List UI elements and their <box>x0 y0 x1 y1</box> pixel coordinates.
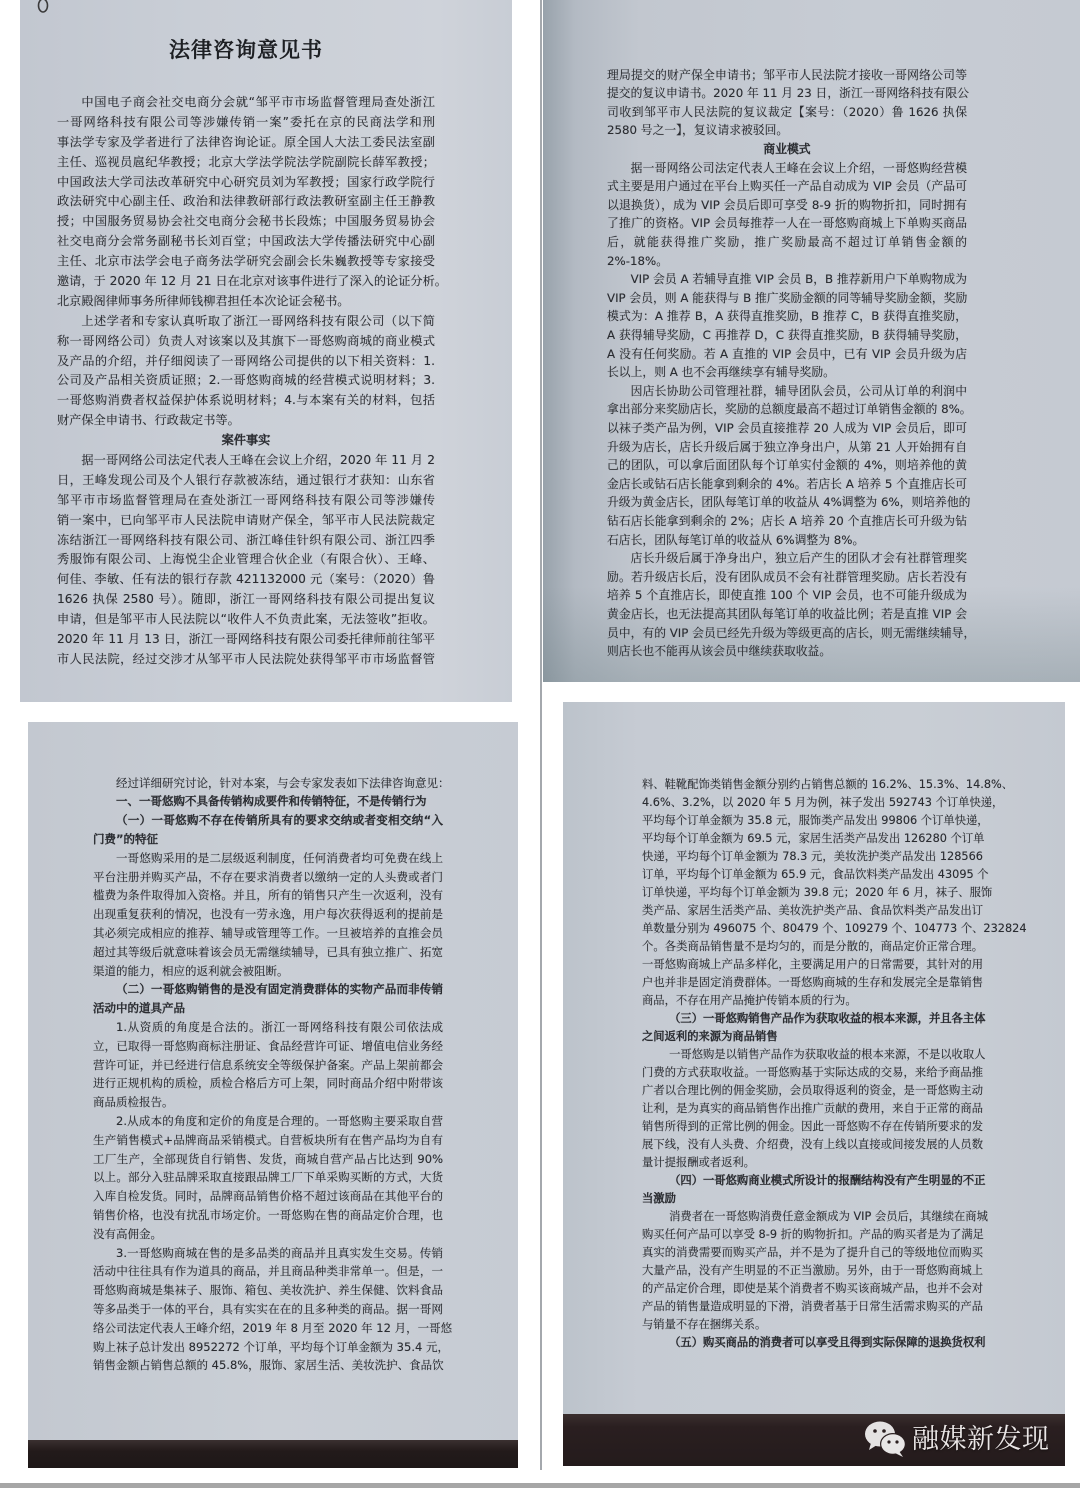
text-line: 黄金店长，也无法提高其团队每笔订单的收益比例；若是直推 VIP 会 <box>607 605 967 624</box>
text-line: 一、一哥悠购不具备传销构成要件和传销特征，不是传销行为 <box>93 792 443 811</box>
text-line: 秀服饰有限公司、上海悦尘企业管理合伙企业（有限合伙）、王峰、 <box>57 550 435 570</box>
document-page-2: 理局提交的财产保全申请书；邹平市人民法院才接收一哥网络公司等提交的复议申请书。2… <box>543 0 1080 682</box>
text-line: 产品的销售量造成明显的下滑，消费者基于日常生活需求购买的产品 <box>642 1298 983 1316</box>
text-line: 2020 年 11 月 13 日，浙江一哥网络科技有限公司委托律师前往邹平 <box>57 630 435 650</box>
text-line: 没有高佣金。 <box>93 1225 443 1244</box>
text-line: 快递，平均每个订单金额为 78.3 元，美妆洗护类产品发出 128566 <box>642 848 983 866</box>
text-line: 公司及产品相关资质证照；2.一哥悠购商城的经营模式说明材料；3. <box>57 371 435 391</box>
text-line: （二）一哥悠购销售的是没有固定消费群体的实物产品而非传销 <box>93 980 443 999</box>
text-line: A 没有任何奖励。若 A 直推的 VIP 会员中，已有 VIP 会员升级为店 <box>607 345 967 364</box>
text-line: 超过其等级后就意味着该会员无需继续辅导，已具有独立推广、拓宽 <box>93 943 443 962</box>
text-line: 大量产品，没有产生明显的不正当激励。另外，由于一哥悠购商城上 <box>642 1262 983 1280</box>
text-line: 中国政法大学司法改革研究中心研究员刘为军教授；国家行政学院行 <box>57 173 435 193</box>
text-line: 称一哥网络公司）负责人对该案以及其旗下一哥悠购商城的商业模式 <box>57 332 435 352</box>
text-line: 主任、巡视员扈纪华教授；北京大学法学院法学院副院长薛军教授； <box>57 153 435 173</box>
table-surface <box>28 1440 518 1468</box>
text-line: 料、鞋靴配饰类销售金额分别约占销售总额的 16.2%、15.3%、14.8%、 <box>642 776 983 794</box>
text-line: 励。若升级店长后，没有团队成员不会有社群管理奖励。店长若没有 <box>607 568 967 587</box>
text-line: 以上。部分入驻品牌采取直接跟品牌工厂下单采购买断的方式，大货 <box>93 1168 443 1187</box>
document-page-1: 法律咨询意见书 中国电子商会社交电商分会就“邹平市市场监督管理局查处浙江一哥网络… <box>20 0 512 702</box>
bottom-edge <box>0 1483 1080 1488</box>
watermark-text: 融媒新发现 <box>912 1423 1050 1457</box>
text-line: 邹平市市场监督管理局在查处浙江一哥网络科技有限公司等涉嫌传 <box>57 491 435 511</box>
text-line: 一哥悠购采用的是二层级返利制度，任何消费者均可免费在线上 <box>93 849 443 868</box>
text-line: 日，王峰发现公司及个人银行存款被冻结，通过银行才获知：山东省 <box>57 471 435 491</box>
text-line: 2580 号之一】，复议请求被驳回。 <box>607 121 967 140</box>
text-line: 社交电商分会常务副秘书长刘百堂；中国政法大学传播法研究中心副 <box>57 232 435 252</box>
text-line: 平台注册并购买产品，不存在要求消费者以缴纳一定的人头费或者门 <box>93 868 443 887</box>
text-line: 经过详细研究讨论，针对本案，与会专家发表如下法律咨询意见： <box>93 774 443 793</box>
text-line: 购买任何产品可以享受 8-9 折的购物折扣。产品的购买者是为了满足 <box>642 1226 983 1244</box>
binder-ring-icon <box>36 0 50 14</box>
text-line: 让利，是为真实的商品销售作出推广贡献的费用，来自于正常的商品 <box>642 1100 983 1118</box>
text-line: 商业模式 <box>607 140 967 159</box>
text-line: 据一哥网络公司法定代表人王峰在会议上介绍，一哥悠购经营模 <box>607 159 967 178</box>
text-line: 门费”的特征 <box>93 830 443 849</box>
text-line: 拿出部分来奖励店长，奖励的总额度最高不超过订单销售金额的 8%。 <box>607 400 967 419</box>
text-line: （四）一哥悠购商业模式所设计的报酬结构没有产生明显的不正 <box>642 1172 983 1190</box>
text-line: 财产保全申请书、行政裁定书等。 <box>57 411 435 431</box>
text-line: 理局提交的财产保全申请书；邹平市人民法院才接收一哥网络公司等 <box>607 66 967 85</box>
text-line: 1.从资质的角度是合法的。浙江一哥网络科技有限公司依法成 <box>93 1018 443 1037</box>
text-line: 据一哥网络公司法定代表人王峰在会议上介绍，2020 年 11 月 2 <box>57 451 435 471</box>
text-line: 门费的方式获取收益。一哥悠购基于实际达成的交易，来给予商品推 <box>642 1064 983 1082</box>
text-line: 活动中的道具产品 <box>93 999 443 1018</box>
text-line: 店长升级后属于净身出户，独立后产生的团队才会有社群管理奖 <box>607 549 967 568</box>
text-line: 中国电子商会社交电商分会就“邹平市市场监督管理局查处浙江 <box>57 93 435 113</box>
text-line: 2%-18%。 <box>607 252 967 271</box>
text-line: 政法研究中心副主任、政治和法律教研部行政法教研室副主任王静教 <box>57 192 435 212</box>
text-line: 络公司法定代表人王峰介绍，2019 年 8 月至 2020 年 12 月，一哥悠 <box>93 1319 443 1338</box>
text-line: 活动中往往具有作为道具的商品，并且商品种类非常单一。但是，一 <box>93 1262 443 1281</box>
text-line: 模式为：A 推荐 B，A 获得直推奖励，B 推荐 C，B 获得直推奖励， <box>607 307 967 326</box>
page-2-text: 理局提交的财产保全申请书；邹平市人民法院才接收一哥网络公司等提交的复议申请书。2… <box>607 66 967 661</box>
text-line: 己的团队，可以拿后面团队每个订单实付金额的 4%，则培养他的黄 <box>607 456 967 475</box>
text-line: 因店长协助公司管理社群，辅导团队会员，公司从订单的利润中 <box>607 382 967 401</box>
text-line: 式主要是用户通过在平台上购买任一产品自动成为 VIP 会员（产品可 <box>607 177 967 196</box>
text-line: 石店长，团队每笔订单的收益从 6%调整为 8%。 <box>607 531 967 550</box>
text-line: 长以上，则 A 也不会再继续享有辅导奖励。 <box>607 363 967 382</box>
text-line: 之间返利的来源为商品销售 <box>642 1028 983 1046</box>
text-line: 3.一哥悠购商城在售的是多品类的商品并且真实发生交易。传销 <box>93 1244 443 1263</box>
text-line: 当激励 <box>642 1190 983 1208</box>
text-line: 案件事实 <box>57 431 435 451</box>
text-line: 市人民法院，经过交涉才从邹平市人民法院处获得邹平市市场监督管 <box>57 650 435 670</box>
text-line: 个。各类商品销售量不是均匀的，而是分散的，商品定价正常合理。 <box>642 938 983 956</box>
text-line: 4.6%、3.2%，以 2020 年 5 月为例，袜子发出 592743 个订单… <box>642 794 983 812</box>
text-line: 授；中国服务贸易协会社交电商分会秘书长段炼；中国服务贸易协会 <box>57 212 435 232</box>
text-line: 槛费为条件取得加入资格。并且，所有的销售只产生一次返利，没有 <box>93 886 443 905</box>
text-line: 钻石店长能拿到剩余的 2%；店长 A 培养 20 个直推店长可升级为钻 <box>607 512 967 531</box>
text-line: 展下线，没有人头费、介绍费，没有上线以直接或间接发展的人员数 <box>642 1136 983 1154</box>
text-line: 提交的复议申请书。2020 年 11 月 23 日，浙江一哥网络科技有限公 <box>607 84 967 103</box>
text-line: 及产品的介绍，并仔细阅读了一哥网络公司提供的以下相关资料：1. <box>57 352 435 372</box>
text-line: 其必须完成相应的推荐、辅导或管理等工作。一旦被培养的直推会员 <box>93 924 443 943</box>
photo-divider <box>540 0 542 1470</box>
document-title: 法律咨询意见书 <box>57 36 435 64</box>
text-line: 了推广的资格。VIP 会员每推荐一人在一哥悠购商城上下单购买商品 <box>607 214 967 233</box>
text-line: 商品，不存在用产品掩护传销本质的行为。 <box>642 992 983 1010</box>
document-page-3: 经过详细研究讨论，针对本案，与会专家发表如下法律咨询意见：一、一哥悠购不具备传销… <box>28 722 518 1468</box>
text-line: 单数量分别为 496075 个、80479 个、109279 个、104773 … <box>642 920 983 938</box>
text-line: 事法学专家及学者进行了法律咨询论证。原全国人大法工委民法室副 <box>57 133 435 153</box>
text-line: 以袜子类产品为例，VIP 会员直接推荐 20 人成为 VIP 会员后，即可 <box>607 419 967 438</box>
text-line: 订单，平均每个订单金额为 65.9 元，食品饮料类产品发出 43095 个 <box>642 866 983 884</box>
text-line: VIP 会员，则 A 能获得与 B 推广奖励金额的同等辅导奖励金额，奖励 <box>607 289 967 308</box>
page-4-text: 料、鞋靴配饰类销售金额分别约占销售总额的 16.2%、15.3%、14.8%、4… <box>642 776 983 1352</box>
text-line: 一哥悠购是以销售产品作为获取收益的根本来源，不是以收取人 <box>642 1046 983 1064</box>
text-line: 司收到邹平市人民法院的复议裁定【案号：（2020）鲁 1626 执保 <box>607 103 967 122</box>
text-line: 销售价格，也没有扰乱市场定价。一哥悠购在售的商品定价合理，也 <box>93 1206 443 1225</box>
text-line: 营许可证，并已经进行信息系统安全等级保护备案。产品上架前都会 <box>93 1056 443 1075</box>
text-line: 主任、北京市法学会电子商务法学研究会副会长朱巍教授等专家接受 <box>57 252 435 272</box>
text-line: 商品质检报告。 <box>93 1093 443 1112</box>
text-line: 真实的消费需要而购买产品，并不是为了提升自己的等级地位而购买 <box>642 1244 983 1262</box>
text-line: VIP 会员 A 若辅导直推 VIP 会员 B，B 推荐新用户下单购物成为 <box>607 270 967 289</box>
text-line: 等多品类于一体的平台，具有实实在在的且多种类的商品。据一哥网 <box>93 1300 443 1319</box>
text-line: 销售金额占销售总额的 45.8%，服饰、家居生活、美妆洗护、食品饮 <box>93 1356 443 1375</box>
text-line: 销售所得到的正常比例的佣金。因此一哥悠购不存在传销所要求的发 <box>642 1118 983 1136</box>
text-line: 订单快递，平均每个订单金额为 39.8 元；2020 年 6 月，袜子、服饰 <box>642 884 983 902</box>
text-line: 后，就能获得推广奖励，推广奖励最高不超过订单销售金额的 <box>607 233 967 252</box>
text-line: 进行正规机构的质检，质检合格后方可上架，同时商品介绍中附带该 <box>93 1074 443 1093</box>
text-line: 户也并非是固定消费群体。一哥悠购商城的生存和发展完全是靠销售 <box>642 974 983 992</box>
text-line: 哥悠购商城是集袜子、服饰、箱包、美妆洗护、养生保健、饮料食品 <box>93 1281 443 1300</box>
text-line: 出现重复获利的情况，也没有一劳永逸，用户每次获得返利的提前是 <box>93 905 443 924</box>
wechat-icon <box>864 1420 908 1458</box>
text-line: 邀请，于 2020 年 12 月 21 日在北京对该事件进行了深入的论证分析。 <box>57 272 435 292</box>
text-line: 升级为店长，店长升级后属于独立净身出户，从第 21 人开始拥有自 <box>607 438 967 457</box>
text-line: 金店长或钻石店长能拿到剩余的 4%。若店长 A 培养 5 个直推店长可 <box>607 475 967 494</box>
text-line: 一哥悠购消费者权益保护体系说明材料；4.与本案有关的材料，包括 <box>57 391 435 411</box>
text-line: 培养 5 个直推店长，即使直推 100 个 VIP 会员，也不可能升级成为 <box>607 586 967 605</box>
text-line: （三）一哥悠购销售产品作为获取收益的根本来源，并且各主体 <box>642 1010 983 1028</box>
text-line: 何佳、李敏、任有法的银行存款 421132000 元（案号：（2020）鲁 <box>57 570 435 590</box>
text-line: 一哥悠购商城上产品多样化，主要满足用户的日常需要，其针对的用 <box>642 956 983 974</box>
text-line: 升级为黄金店长，团队每笔订单的收益从 4%调整为 6%，则培养他的 <box>607 493 967 512</box>
document-page-4: 料、鞋靴配饰类销售金额分别约占销售总额的 16.2%、15.3%、14.8%、4… <box>563 702 1065 1466</box>
text-line: （一）一哥悠购不存在传销所具有的要求交纳或者变相交纳“入 <box>93 811 443 830</box>
page-3-text: 经过详细研究讨论，针对本案，与会专家发表如下法律咨询意见：一、一哥悠购不具备传销… <box>93 774 443 1376</box>
text-line: 渠道的能力，相应的返利就会被阻断。 <box>93 962 443 981</box>
text-line: 上述学者和专家认真听取了浙江一哥网络科技有限公司（以下简 <box>57 312 435 332</box>
text-line: 平均每个订单金额为 69.5 元，家居生活类产品发出 126280 个订单 <box>642 830 983 848</box>
text-line: 一哥网络科技有限公司等涉嫌传销一案”委托在京的民商法学和刑 <box>57 113 435 133</box>
text-line: 北京殿阁律师事务所律师钱柳君担任本次论证会秘书。 <box>57 292 435 312</box>
text-line: 广者以合理比例的佣金奖励，会员取得返利的资金，是一哥悠购主动 <box>642 1082 983 1100</box>
text-line: 消费者在一哥悠购消费任意金额成为 VIP 会员后，其继续在商城 <box>642 1208 983 1226</box>
text-line: 申请，但是邹平市人民法院以“收件人不负责此案，无法签收”拒收。 <box>57 610 435 630</box>
text-line: 的产品定价合理，即使是某个消费者不购买该商城产品，也并不会对 <box>642 1280 983 1298</box>
text-line: 生产销售模式+品牌商品采销模式。自营板块所有在售产品均为自有 <box>93 1131 443 1150</box>
text-line: 立，已取得一哥悠购商标注册证、食品经营许可证、增值电信业务经 <box>93 1037 443 1056</box>
text-line: 与销量不存在捆绑关系。 <box>642 1316 983 1334</box>
text-line: 平均每个订单金额为 35.8 元，服饰类产品发出 99806 个订单快递， <box>642 812 983 830</box>
text-line: 2.从成本的角度和定价的角度是合理的。一哥悠购主要采取自营 <box>93 1112 443 1131</box>
text-line: 购上袜子总计发出 8952272 个订单，平均每个订单金额为 35.4 元， <box>93 1338 443 1357</box>
text-line: 入库自检发货。同时，品牌商品销售价格不超过该商品在其他平台的 <box>93 1187 443 1206</box>
text-line: 冻结浙江一哥网络科技有限公司、浙江峰佳针织有限公司、浙江四季 <box>57 531 435 551</box>
text-line: 类产品、家居生活类产品、美妆洗护类产品、食品饮料类产品发出订 <box>642 902 983 920</box>
text-line: 工厂生产，全部现货自行销售、发货，商城自营产品占比达到 90% <box>93 1150 443 1169</box>
text-line: 1626 执保 2580 号）。随即，浙江一哥网络科技有限公司提出复议 <box>57 590 435 610</box>
text-line: 量计提报酬或者返利。 <box>642 1154 983 1172</box>
text-line: 则店长也不能再从该会员中继续获取收益。 <box>607 642 967 661</box>
text-line: 员中，有的 VIP 会员已经先升级为等级更高的店长，则无需继续辅导， <box>607 624 967 643</box>
page-1-text: 中国电子商会社交电商分会就“邹平市市场监督管理局查处浙江一哥网络科技有限公司等涉… <box>57 93 435 670</box>
text-line: （五）购买商品的消费者可以享受且得到实际保障的退换货权利 <box>642 1334 983 1352</box>
text-line: 以退换货），成为 VIP 会员后即可享受 8-9 折的购物折扣，同时拥有 <box>607 196 967 215</box>
text-line: A 获得辅导奖励，C 再推荐 D，C 获得直推奖励，B 获得辅导奖励， <box>607 326 967 345</box>
text-line: 销一案中，已向邹平市人民法院申请财产保全，邹平市人民法院裁定 <box>57 511 435 531</box>
